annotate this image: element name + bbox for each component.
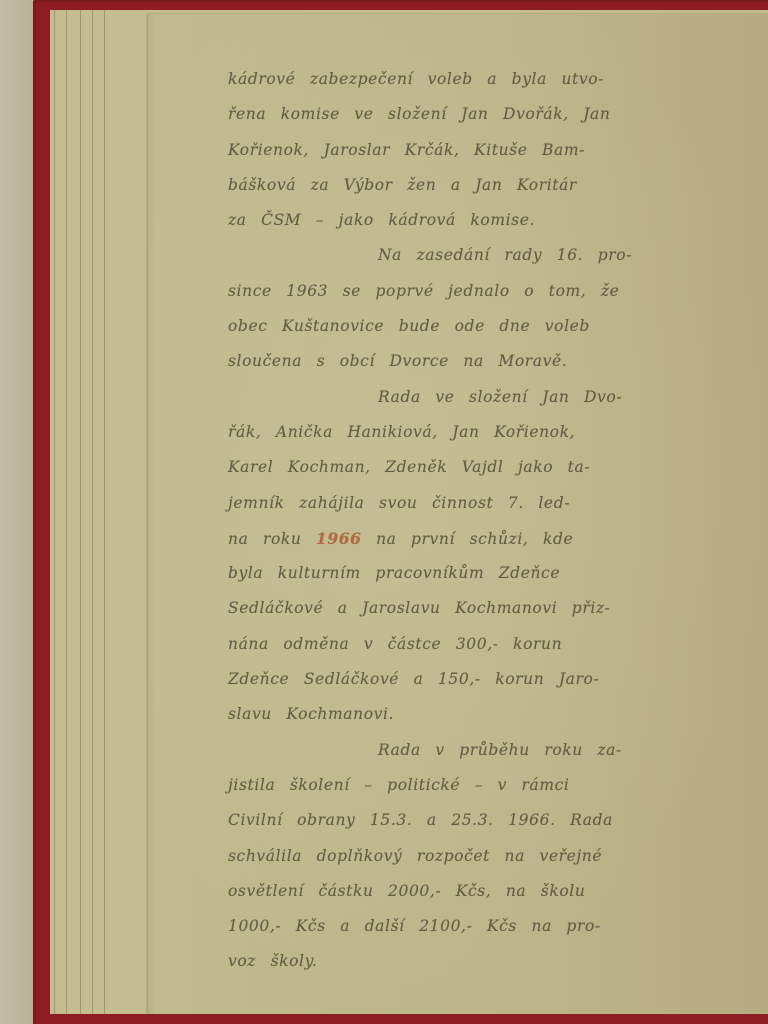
text-line: byla kulturním pracovníkům Zdeňce [228, 556, 668, 591]
photo-scene: kádrové zabezpečení voleb a byla utvo- ř… [0, 0, 768, 1024]
text-line: sloučena s obcí Dvorce na Moravě. [228, 344, 668, 379]
red-year-highlight: 1966 [316, 529, 362, 548]
page-edge [54, 10, 55, 1014]
page-edge [66, 10, 67, 1014]
text-line: bášková za Výbor žen a Jan Koritár [228, 168, 668, 203]
text-line: nána odměna v částce 300,- korun [228, 627, 668, 662]
text-line: voz školy. [228, 944, 668, 979]
text-line: Kořienok, Jaroslar Krčák, Kituše Bam- [228, 133, 668, 168]
text-line: řák, Anička Hanikiová, Jan Kořienok, [228, 415, 668, 450]
text-line: jemník zahájila svou činnost 7. led- [228, 486, 668, 521]
text-line: since 1963 se poprvé jednalo o tom, že [228, 274, 668, 309]
page-edge [92, 10, 93, 1014]
text-line: Civilní obrany 15.3. a 25.3. 1966. Rada [228, 803, 668, 838]
handwritten-text: kádrové zabezpečení voleb a byla utvo- ř… [228, 62, 668, 980]
text-line: kádrové zabezpečení voleb a byla utvo- [228, 62, 668, 97]
text-line: Sedláčkové a Jaroslavu Kochmanovi přiz- [228, 591, 668, 626]
paragraph-start-line: Rada v průběhu roku za- [228, 733, 668, 768]
page-edge [104, 10, 105, 1014]
text-line: Karel Kochman, Zdeněk Vajdl jako ta- [228, 450, 668, 485]
text-line: 1000,- Kčs a další 2100,- Kčs na pro- [228, 909, 668, 944]
text-line: řena komise ve složení Jan Dvořák, Jan [228, 97, 668, 132]
text-segment: na roku [228, 530, 316, 548]
text-line: slavu Kochmanovi. [228, 697, 668, 732]
text-line: Zdeňce Sedláčkové a 150,- korun Jaro- [228, 662, 668, 697]
text-line: obec Kuštanovice bude ode dne voleb [228, 309, 668, 344]
paragraph-start-line: Na zasedání rady 16. pro- [228, 238, 668, 273]
text-line: jistila školení – politické – v rámci [228, 768, 668, 803]
text-line: za ČSM – jako kádrová komise. [228, 203, 668, 238]
text-line: osvětlení částku 2000,- Kčs, na školu [228, 874, 668, 909]
text-line-with-highlight: na roku 1966 na první schůzi, kde [228, 521, 668, 556]
text-segment: na první schůzi, kde [362, 530, 574, 548]
text-line: schválila doplňkový rozpočet na veřejné [228, 839, 668, 874]
paragraph-start-line: Rada ve složení Jan Dvo- [228, 380, 668, 415]
page-edge [80, 10, 81, 1014]
